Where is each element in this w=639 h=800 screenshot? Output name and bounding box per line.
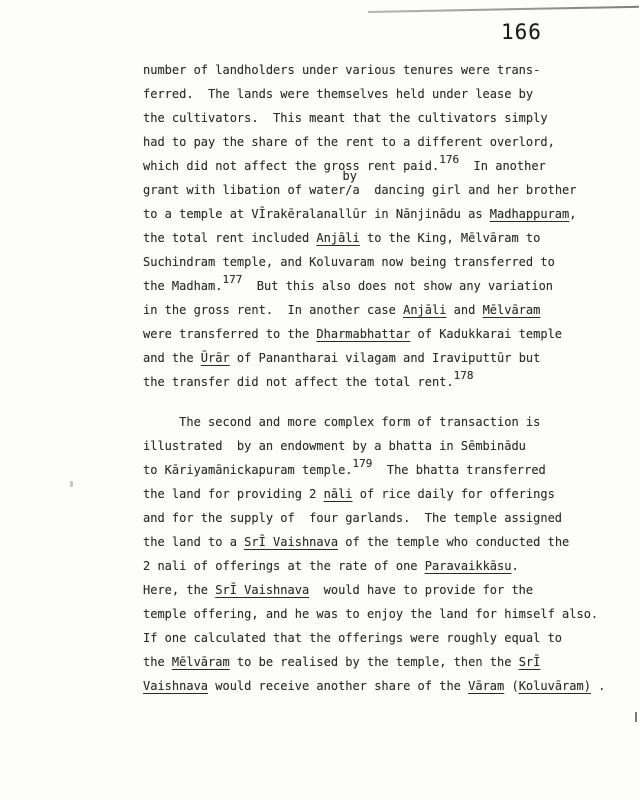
text-segment: the land for providing 2 xyxy=(143,487,324,501)
text-segment: would have to provide for the xyxy=(309,583,533,597)
text-segment: the total rent included xyxy=(143,231,316,245)
text-segment: Suchindram temple, and Koluvaram now bei… xyxy=(143,255,555,269)
underlined-term: Mēlvāram xyxy=(483,303,541,317)
text-line: number of landholders under various tenu… xyxy=(143,58,629,82)
text-line: If one calculated that the offerings wer… xyxy=(143,626,629,650)
text-segment: ferred. The lands were themselves held u… xyxy=(143,87,533,101)
footnote-ref: 179 xyxy=(353,457,373,470)
scan-artifact-line xyxy=(368,6,639,13)
text-line: were transferred to the Dharmabhattar of… xyxy=(143,322,629,346)
text-segment: which did not affect the gross rent paid… xyxy=(143,159,439,173)
underlined-term: SrĪ Vaishnava xyxy=(244,535,338,549)
text-line: 2 nali of offerings at the rate of one P… xyxy=(143,554,629,578)
underlined-term: Anjāli xyxy=(403,303,446,317)
underlined-term: Paravaikkāsu xyxy=(425,559,512,573)
underlined-term: Madhappuram xyxy=(490,207,569,221)
text-line: in the gross rent. In another case Anjāl… xyxy=(143,298,629,322)
inserted-word: by xyxy=(343,170,357,182)
underlined-term: SrĪ xyxy=(519,655,541,669)
text-segment: the cultivators. This meant that the cul… xyxy=(143,111,548,125)
text-segment: to the King, Mēlvāram to xyxy=(360,231,541,245)
text-segment: aby xyxy=(353,183,360,197)
text-line: illustrated by an endowment by a bhatta … xyxy=(143,434,629,458)
text-segment: 2 nali of offerings at the rate of one xyxy=(143,559,425,573)
text-line: had to pay the share of the rent to a di… xyxy=(143,130,629,154)
underlined-term: Koluvāram) xyxy=(519,679,591,693)
text-segment: the transfer did not affect the total re… xyxy=(143,375,454,389)
text-line: the land to a SrĪ Vaishnava of the templ… xyxy=(143,530,629,554)
underlined-term: Vāram xyxy=(468,679,504,693)
text-line: the Mēlvāram to be realised by the templ… xyxy=(143,650,629,674)
text-segment: to Kāriyamānickapuram temple. xyxy=(143,463,353,477)
underlined-term: Vaishnava xyxy=(143,679,208,693)
text-segment: would receive another share of the xyxy=(208,679,468,693)
text-segment: were transferred to the xyxy=(143,327,316,341)
text-segment: and xyxy=(446,303,482,317)
paragraph: The second and more complex form of tran… xyxy=(143,410,629,698)
text-segment: the xyxy=(143,655,172,669)
text-line: grant with libation of water/aby dancing… xyxy=(143,178,629,202)
text-line: and the Ūrār of Panantharai vilagam and … xyxy=(143,346,629,370)
text-segment: of rice daily for offerings xyxy=(353,487,555,501)
text-line: Suchindram temple, and Koluvaram now bei… xyxy=(143,250,629,274)
text-segment: to be realised by the temple, then the xyxy=(230,655,519,669)
underlined-term: Ūrār xyxy=(201,351,230,365)
footnote-ref: 177 xyxy=(222,273,242,286)
text-line: the total rent included Anjāli to the Ki… xyxy=(143,226,629,250)
underlined-term: Dharmabhattar xyxy=(316,327,410,341)
text-segment: of the temple who conducted the xyxy=(338,535,569,549)
text-segment: , xyxy=(569,207,576,221)
text-segment: The bhatta transferred xyxy=(372,463,545,477)
text-segment: the Madham. xyxy=(143,279,222,293)
text-line: ferred. The lands were themselves held u… xyxy=(143,82,629,106)
text-line: the land for providing 2 nāli of rice da… xyxy=(143,482,629,506)
text-line: and for the supply of four garlands. The… xyxy=(143,506,629,530)
underlined-term: Mēlvāram xyxy=(172,655,230,669)
text-segment: number of landholders under various tenu… xyxy=(143,63,540,77)
text-segment: If one calculated that the offerings wer… xyxy=(143,631,562,645)
text-line: the transfer did not affect the total re… xyxy=(143,370,629,394)
text-line: Vaishnava would receive another share of… xyxy=(143,674,629,698)
text-segment: . xyxy=(591,679,605,693)
text-segment: to a temple at VĪrakēralanallūr in Nānji… xyxy=(143,207,490,221)
text-segment: had to pay the share of the rent to a di… xyxy=(143,135,555,149)
text-segment: of Panantharai vilagam and Iraviputtūr b… xyxy=(230,351,541,365)
scan-artifact-tick xyxy=(635,712,637,722)
footnote-ref: 178 xyxy=(454,369,474,382)
text-segment: The second and more complex form of tran… xyxy=(143,415,540,429)
underlined-term: nāli xyxy=(324,487,353,501)
text-segment: grant with libation of water/ xyxy=(143,183,353,197)
text-line: The second and more complex form of tran… xyxy=(143,410,629,434)
text-segment: dancing girl and her brother xyxy=(360,183,577,197)
text-segment: But this also does not show any variatio… xyxy=(242,279,553,293)
text-line: to a temple at VĪrakēralanallūr in Nānji… xyxy=(143,202,629,226)
text-segment: ( xyxy=(504,679,518,693)
footnote-ref: 176 xyxy=(439,153,459,166)
text-line: temple offering, and he was to enjoy the… xyxy=(143,602,629,626)
text-line: which did not affect the gross rent paid… xyxy=(143,154,629,178)
text-segment: of Kadukkarai temple xyxy=(410,327,562,341)
text-segment: in the gross rent. In another case xyxy=(143,303,403,317)
text-line: the Madham.177 But this also does not sh… xyxy=(143,274,629,298)
underlined-term: SrĪ Vaishnava xyxy=(215,583,309,597)
text-segment: and the xyxy=(143,351,201,365)
document-body: number of landholders under various tenu… xyxy=(143,58,629,698)
scan-artifact-speck xyxy=(70,481,73,487)
text-segment: temple offering, and he was to enjoy the… xyxy=(143,607,598,621)
text-segment: In another xyxy=(459,159,546,173)
text-line: to Kāriyamānickapuram temple.179 The bha… xyxy=(143,458,629,482)
paragraph: number of landholders under various tenu… xyxy=(143,58,629,394)
text-line: Here, the SrĪ Vaishnava would have to pr… xyxy=(143,578,629,602)
text-segment: and for the supply of four garlands. The… xyxy=(143,511,562,525)
text-segment: . xyxy=(511,559,518,573)
underlined-term: Anjāli xyxy=(316,231,359,245)
text-segment: illustrated by an endowment by a bhatta … xyxy=(143,439,526,453)
scanned-page: 166 number of landholders under various … xyxy=(0,0,639,800)
text-segment: Here, the xyxy=(143,583,215,597)
text-segment: the land to a xyxy=(143,535,244,549)
page-number: 166 xyxy=(501,20,542,44)
text-line: the cultivators. This meant that the cul… xyxy=(143,106,629,130)
